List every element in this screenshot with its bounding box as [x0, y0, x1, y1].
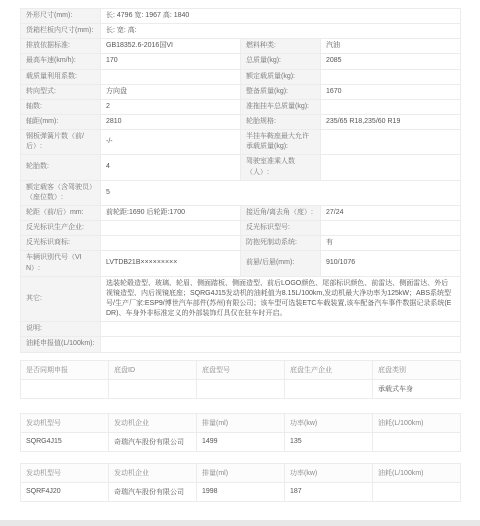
section-gap [20, 353, 460, 360]
spec-label-cell: 反光标识生产企业: [21, 221, 101, 236]
spec-label-cell: 轴数: [21, 99, 101, 114]
vehicle-spec-table-body: 外形尺寸(mm):长: 4796 宽: 1967 高: 1840货箱栏板内尺寸(… [21, 9, 461, 353]
spec-label-cell: 总质量(kg): [241, 54, 321, 69]
chassis-table-head: 是否同期申报底盘ID底盘型号底盘生产企业底盘类别 [21, 360, 461, 379]
chassis-table-data-cell: 承载式车身 [373, 379, 461, 398]
spec-label-cell: 反光标识商标: [21, 236, 101, 251]
spec-value-cell: 1670 [321, 84, 461, 99]
engine-table-1-header-cell: 发动机企业 [109, 413, 197, 432]
spec-label-cell: 燃料种类: [241, 39, 321, 54]
spec-label-cell: 轮胎规格: [241, 114, 321, 129]
spec-value-cell [101, 322, 461, 337]
spec-label-cell: 轮距（前/后）mm: [21, 205, 101, 220]
spec-table-row: 钢板弹簧片数（前/后）:-/-半挂车鞍座最大允许承载质量(kg): [21, 130, 461, 155]
spec-table-row: 轴距(mm):2810轮胎规格:235/65 R18,235/60 R19 [21, 114, 461, 129]
engine-table-1-data-row: SQRG4J15奇瑞汽车股份有限公司1499135 [21, 432, 461, 451]
engine-table-1-data-cell: SQRG4J15 [21, 432, 109, 451]
spec-label-cell: 货箱栏板内尺寸(mm): [21, 24, 101, 39]
chassis-table-header-cell: 底盘类别 [373, 360, 461, 379]
engine-table-1-body: SQRG4J15奇瑞汽车股份有限公司1499135 [21, 432, 461, 451]
engine-table-1-header-cell: 排量(ml) [197, 413, 285, 432]
spec-label-cell: 驾驶室准乘人数（人）: [241, 155, 321, 180]
chassis-table-data-cell [109, 379, 197, 398]
engine-table-2-header-cell: 排量(ml) [197, 463, 285, 482]
spec-table-row: 说明: [21, 322, 461, 337]
spec-value-cell: 方向盘 [101, 84, 241, 99]
engine-table-1-header-cell: 功率(kw) [285, 413, 373, 432]
spec-label-cell: 整备质量(kg): [241, 84, 321, 99]
vehicle-announcement-page: 外形尺寸(mm):长: 4796 宽: 1967 高: 1840货箱栏板内尺寸(… [0, 0, 480, 502]
chassis-table-body: 承载式车身 [21, 379, 461, 398]
engine-table-1-data-cell: 135 [285, 432, 373, 451]
engine-table-1-data-cell: 奇瑞汽车股份有限公司 [109, 432, 197, 451]
spec-value-cell [101, 69, 241, 84]
spec-table-row: 载质量利用系数:额定载质量(kg): [21, 69, 461, 84]
spec-value-cell [101, 337, 461, 352]
spec-value-cell [101, 236, 241, 251]
chassis-table-data-row: 承载式车身 [21, 379, 461, 398]
engine-table-1: 发动机型号发动机企业排量(ml)功率(kw)油耗(L/100km) SQRG4J… [20, 413, 461, 452]
spec-label-cell: 半挂车鞍座最大允许承载质量(kg): [241, 130, 321, 155]
spec-table-row: 货箱栏板内尺寸(mm):长: 宽: 高: [21, 24, 461, 39]
spec-label-cell: 说明: [21, 322, 101, 337]
engine-table-2: 发动机型号发动机企业排量(ml)功率(kw)油耗(L/100km) SQRF4J… [20, 463, 461, 502]
spec-label-cell: 接近角/离去角（度）: [241, 205, 321, 220]
chassis-table-header-cell: 底盘生产企业 [285, 360, 373, 379]
engine-table-2-data-cell [373, 482, 461, 501]
spec-value-cell: 2 [101, 99, 241, 114]
spec-value-cell [321, 130, 461, 155]
engine-table-2-body: SQRF4J20奇瑞汽车股份有限公司1998187 [21, 482, 461, 501]
spec-table-row: 反光标识生产企业:反光标识型号: [21, 221, 461, 236]
spec-value-cell: 选装轮毂造型、玻璃、轮眉、侧面踏板、侧面造型、前后LOGO颜色、尾部标识颜色、前… [101, 276, 461, 322]
spec-label-cell: 钢板弹簧片数（前/后）: [21, 130, 101, 155]
spec-label-cell: 车辆识别代号（VIN）: [21, 251, 101, 276]
vehicle-spec-table: 外形尺寸(mm):长: 4796 宽: 1967 高: 1840货箱栏板内尺寸(… [20, 8, 461, 353]
spec-value-cell: 2810 [101, 114, 241, 129]
spec-table-row: 外形尺寸(mm):长: 4796 宽: 1967 高: 1840 [21, 9, 461, 24]
spec-label-cell: 排放依据标准: [21, 39, 101, 54]
engine-table-2-data-cell: SQRF4J20 [21, 482, 109, 501]
spec-value-cell: 27/24 [321, 205, 461, 220]
spec-table-row: 排放依据标准:GB18352.6-2016国VI燃料种类:汽油 [21, 39, 461, 54]
spec-value-cell [321, 155, 461, 180]
spec-value-cell [321, 69, 461, 84]
spec-value-cell: GB18352.6-2016国VI [101, 39, 241, 54]
engine-table-2-data-row: SQRF4J20奇瑞汽车股份有限公司1998187 [21, 482, 461, 501]
engine-table-2-header-cell: 发动机型号 [21, 463, 109, 482]
spec-table-row: 油耗申报值(L/100km): [21, 337, 461, 352]
spec-value-cell: 前轮距:1690 后轮距:1700 [101, 205, 241, 220]
spec-label-cell: 额定载客（含驾驶员）（座位数）: [21, 180, 101, 205]
spec-label-cell: 轮胎数: [21, 155, 101, 180]
spec-table-row: 轮距（前/后）mm:前轮距:1690 后轮距:1700接近角/离去角（度）:27… [21, 205, 461, 220]
spec-label-cell: 外形尺寸(mm): [21, 9, 101, 24]
engine-table-2-data-cell: 187 [285, 482, 373, 501]
spec-value-cell [321, 99, 461, 114]
spec-value-cell: 5 [101, 180, 461, 205]
engine-table-1-head: 发动机型号发动机企业排量(ml)功率(kw)油耗(L/100km) [21, 413, 461, 432]
engine-table-1-header-cell: 油耗(L/100km) [373, 413, 461, 432]
spec-value-cell: LVTDB21B××××××××× [101, 251, 241, 276]
spec-value-cell [101, 221, 241, 236]
section-divider [0, 520, 480, 526]
chassis-table-header-row: 是否同期申报底盘ID底盘型号底盘生产企业底盘类别 [21, 360, 461, 379]
section-gap [20, 452, 460, 463]
engine-table-2-header-row: 发动机型号发动机企业排量(ml)功率(kw)油耗(L/100km) [21, 463, 461, 482]
spec-table-row: 转向型式:方向盘整备质量(kg):1670 [21, 84, 461, 99]
engine-table-2-head: 发动机型号发动机企业排量(ml)功率(kw)油耗(L/100km) [21, 463, 461, 482]
spec-value-cell: 汽油 [321, 39, 461, 54]
section-gap [20, 399, 460, 413]
chassis-table-data-cell [21, 379, 109, 398]
chassis-table-header-cell: 底盘ID [109, 360, 197, 379]
spec-label-cell: 前悬/后悬(mm): [241, 251, 321, 276]
spec-value-cell: 235/65 R18,235/60 R19 [321, 114, 461, 129]
engine-table-2-header-cell: 油耗(L/100km) [373, 463, 461, 482]
engine-table-1-header-cell: 发动机型号 [21, 413, 109, 432]
engine-table-2-data-cell: 奇瑞汽车股份有限公司 [109, 482, 197, 501]
spec-label-cell: 防抱死制动系统: [241, 236, 321, 251]
spec-table-row: 轴数:2准拖挂车总质量(kg): [21, 99, 461, 114]
spec-value-cell: -/- [101, 130, 241, 155]
spec-table-row: 车辆识别代号（VIN）:LVTDB21B×××××××××前悬/后悬(mm):9… [21, 251, 461, 276]
spec-label-cell: 其它: [21, 276, 101, 322]
spec-value-cell: 910/1076 [321, 251, 461, 276]
spec-table-row: 最高车速(km/h):170总质量(kg):2085 [21, 54, 461, 69]
engine-table-2-header-cell: 发动机企业 [109, 463, 197, 482]
chassis-table: 是否同期申报底盘ID底盘型号底盘生产企业底盘类别 承载式车身 [20, 360, 461, 399]
chassis-table-data-cell [197, 379, 285, 398]
spec-label-cell: 最高车速(km/h): [21, 54, 101, 69]
spec-value-cell: 长: 宽: 高: [101, 24, 461, 39]
chassis-table-header-cell: 底盘型号 [197, 360, 285, 379]
spec-label-cell: 转向型式: [21, 84, 101, 99]
engine-table-1-data-cell: 1499 [197, 432, 285, 451]
spec-label-cell: 额定载质量(kg): [241, 69, 321, 84]
chassis-table-data-cell [285, 379, 373, 398]
chassis-table-header-cell: 是否同期申报 [21, 360, 109, 379]
engine-table-1-data-cell [373, 432, 461, 451]
spec-label-cell: 载质量利用系数: [21, 69, 101, 84]
spec-label-cell: 反光标识型号: [241, 221, 321, 236]
spec-value-cell: 4 [101, 155, 241, 180]
spec-value-cell: 170 [101, 54, 241, 69]
spec-table-row: 轮胎数:4驾驶室准乘人数（人）: [21, 155, 461, 180]
spec-table-row: 额定载客（含驾驶员）（座位数）:5 [21, 180, 461, 205]
spec-value-cell [321, 221, 461, 236]
engine-table-2-data-cell: 1998 [197, 482, 285, 501]
spec-label-cell: 轴距(mm): [21, 114, 101, 129]
engine-table-2-header-cell: 功率(kw) [285, 463, 373, 482]
spec-label-cell: 油耗申报值(L/100km): [21, 337, 101, 352]
spec-table-row: 其它:选装轮毂造型、玻璃、轮眉、侧面踏板、侧面造型、前后LOGO颜色、尾部标识颜… [21, 276, 461, 322]
spec-value-cell: 2085 [321, 54, 461, 69]
spec-value-cell: 长: 4796 宽: 1967 高: 1840 [101, 9, 461, 24]
spec-value-cell: 有 [321, 236, 461, 251]
spec-label-cell: 准拖挂车总质量(kg): [241, 99, 321, 114]
engine-table-1-header-row: 发动机型号发动机企业排量(ml)功率(kw)油耗(L/100km) [21, 413, 461, 432]
spec-table-row: 反光标识商标:防抱死制动系统:有 [21, 236, 461, 251]
